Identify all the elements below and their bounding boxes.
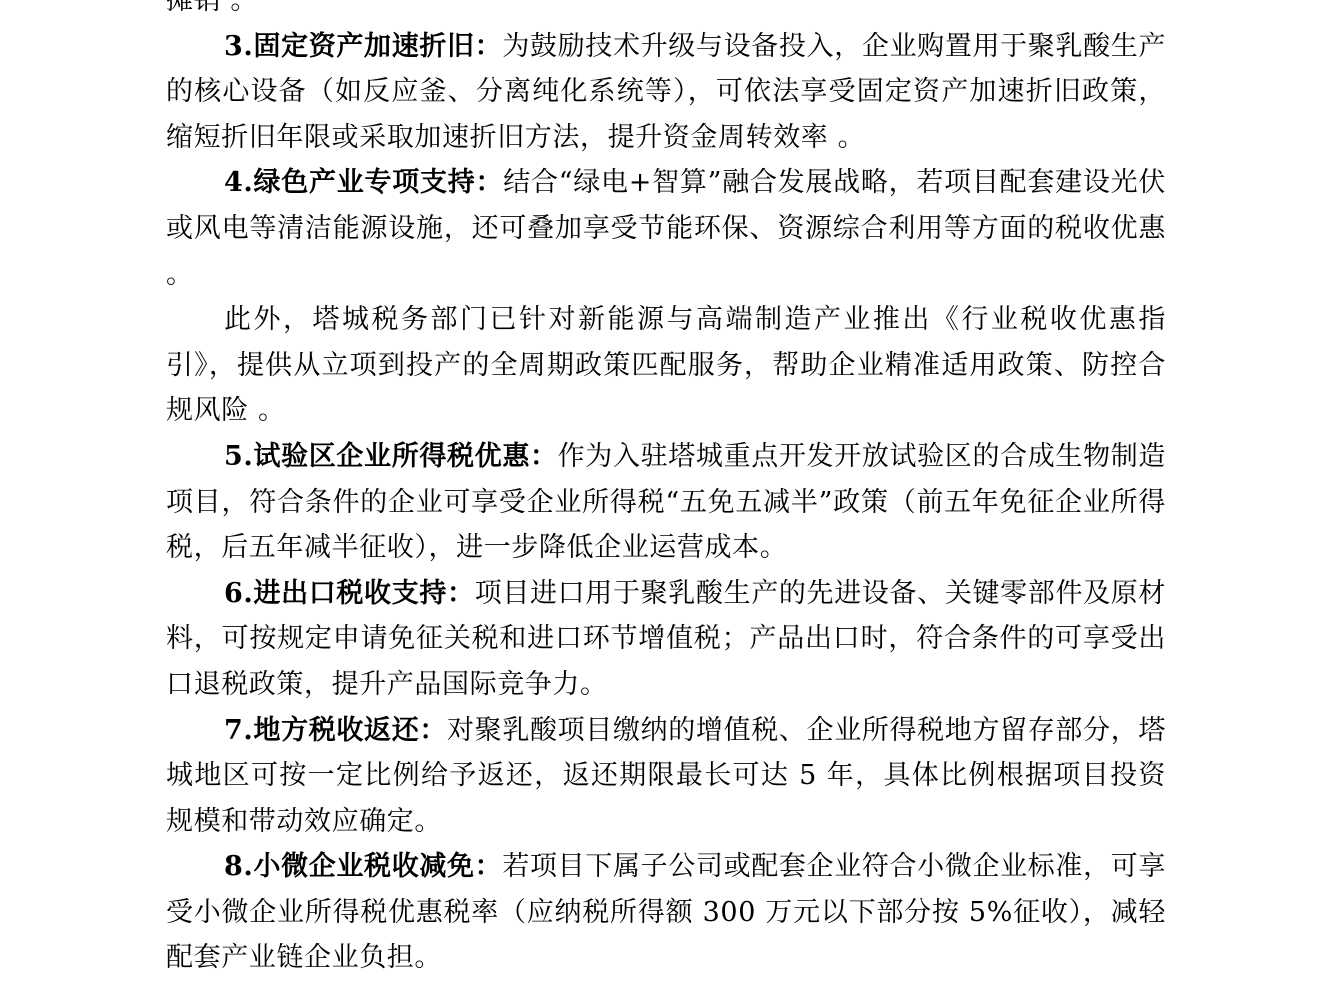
item-heading: 7.地方税收返还： — [224, 715, 447, 746]
paragraph-body: 此外，塔城税务部门已针对新能源与高端制造产业推出《行业税收优惠指引》，提供从立项… — [166, 304, 1166, 426]
paragraph-item-5: 5.试验区企业所得税优惠：作为入驻塔城重点开发开放试验区的合成生物制造项目，符合… — [166, 434, 1166, 571]
paragraph-item-4: 4.绿色产业专项支持：结合“绿电+智算”融合发展战略，若项目配套建设光伏或风电等… — [166, 160, 1166, 297]
item-heading: 8.小微企业税收减免： — [224, 851, 502, 882]
paragraph-item-8: 8.小微企业税收减免：若项目下属子公司或配套企业符合小微企业标准，可享受小微企业… — [166, 844, 1166, 981]
item-heading: 4.绿色产业专项支持： — [224, 167, 503, 198]
item-heading: 6.进出口税收支持： — [224, 578, 475, 609]
paragraph-item-6: 6.进出口税收支持：项目进口用于聚乳酸生产的先进设备、关键零部件及原材料，可按规… — [166, 571, 1166, 708]
document-page: 摊销 。 3.固定资产加速折旧：为鼓励技术升级与设备投入，企业购置用于聚乳酸生产… — [166, 0, 1166, 981]
item-heading: 3.固定资产加速折旧： — [224, 31, 502, 62]
paragraph-continuation: 摊销 。 — [166, 0, 1166, 24]
paragraph-item-7: 7.地方税收返还：对聚乳酸项目缴纳的增值税、企业所得税地方留存部分，塔城地区可按… — [166, 708, 1166, 845]
paragraph-note: 此外，塔城税务部门已针对新能源与高端制造产业推出《行业税收优惠指引》，提供从立项… — [166, 297, 1166, 434]
paragraph-item-3: 3.固定资产加速折旧：为鼓励技术升级与设备投入，企业购置用于聚乳酸生产的核心设备… — [166, 24, 1166, 161]
item-heading: 5.试验区企业所得税优惠： — [224, 441, 558, 472]
paragraph-body: 摊销 。 — [166, 0, 258, 16]
